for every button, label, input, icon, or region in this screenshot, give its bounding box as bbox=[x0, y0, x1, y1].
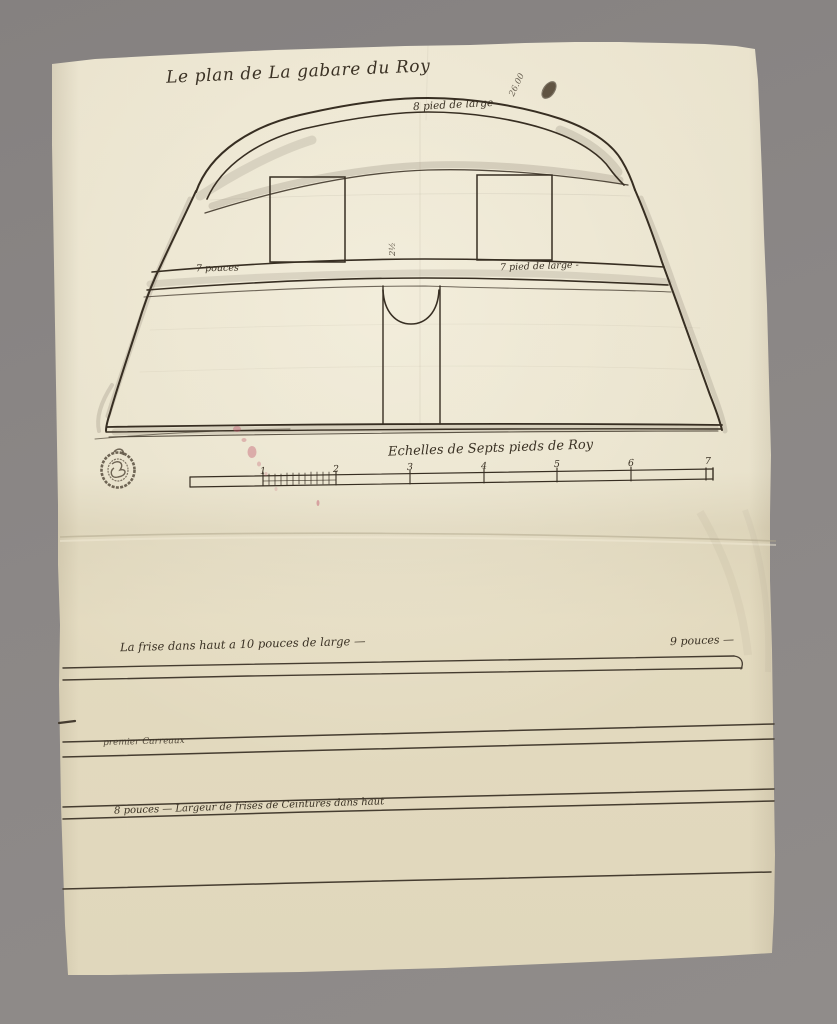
scale-bar bbox=[190, 467, 713, 487]
wale-center-annotation: 2½ bbox=[388, 242, 398, 256]
hatch-right bbox=[477, 175, 552, 260]
red-stains bbox=[233, 426, 320, 506]
gabare-plan-drawing bbox=[0, 0, 837, 1024]
scale-number-4: 4 bbox=[481, 461, 487, 472]
scale-number-5: 5 bbox=[554, 459, 560, 470]
hull-side-left bbox=[106, 191, 196, 431]
sheet-lines bbox=[59, 656, 774, 889]
wale-left-annotation: 7 pouces bbox=[196, 263, 239, 275]
scale-number-3: 3 bbox=[407, 462, 413, 473]
scale-number-7: 7 bbox=[705, 456, 711, 467]
scale-number-1: 1 bbox=[260, 466, 266, 477]
ink-blot bbox=[539, 79, 559, 101]
premier-carreaux-annotation: premier Carreaux bbox=[103, 736, 185, 748]
scale-subdivision-ticks bbox=[269, 472, 329, 485]
hull-drawing bbox=[95, 98, 722, 439]
library-stamp-icon bbox=[102, 449, 135, 487]
scale-number-6: 6 bbox=[628, 458, 634, 469]
nine-pouces-annotation: 9 pouces — bbox=[670, 633, 734, 648]
pencil-smudges bbox=[98, 45, 725, 432]
scanned-manuscript: Le plan de La gabare du Roy 26.00 8 pied… bbox=[0, 0, 837, 1024]
keel-notch-arc bbox=[383, 290, 439, 324]
scale-number-2: 2 bbox=[333, 464, 339, 475]
hull-side-right bbox=[635, 190, 722, 430]
